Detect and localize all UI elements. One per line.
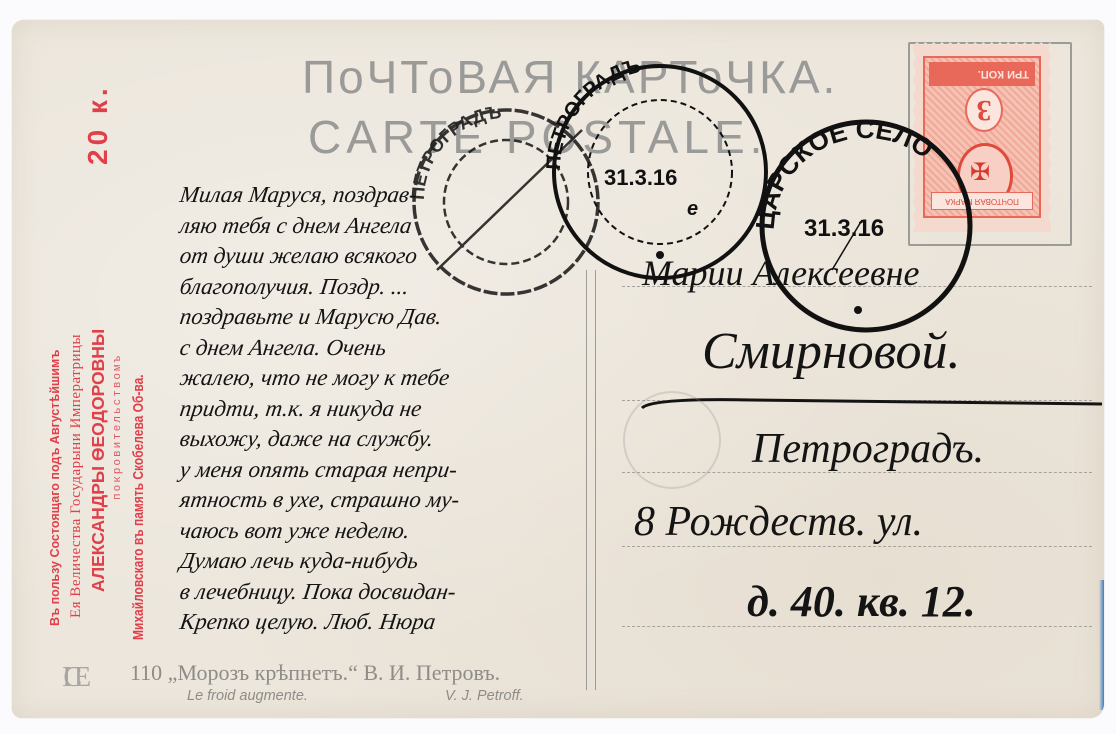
ghost-postmark	[624, 392, 720, 488]
svg-text:ПЕТРОГРАДЪ: ПЕТРОГРАДЪ	[543, 55, 643, 171]
center-postmark: ПЕТРОГРАДЪ 31.3.16 е	[543, 55, 766, 278]
svg-text:31.3.16: 31.3.16	[804, 215, 884, 242]
svg-text:ЦАРСКОЕ СЕЛО: ЦАРСКОЕ СЕЛО	[750, 114, 939, 231]
postcard: ПоЧТоВАЯ КАРТоЧКА. CARTE POSTALE. Въ пол…	[12, 20, 1104, 718]
right-postmark: ЦАРСКОЕ СЕЛО 31.3.16	[750, 114, 970, 330]
postmarks-layer: ПЕТРОГРАДЪ ПЕТРОГРАДЪ 31.3.16 е ЦАРСКОЕ …	[12, 20, 1104, 718]
svg-text:е: е	[687, 198, 698, 220]
svg-text:ПЕТРОГРАДЪ: ПЕТРОГРАДЪ	[408, 102, 503, 201]
svg-text:31.3.16: 31.3.16	[604, 165, 677, 190]
